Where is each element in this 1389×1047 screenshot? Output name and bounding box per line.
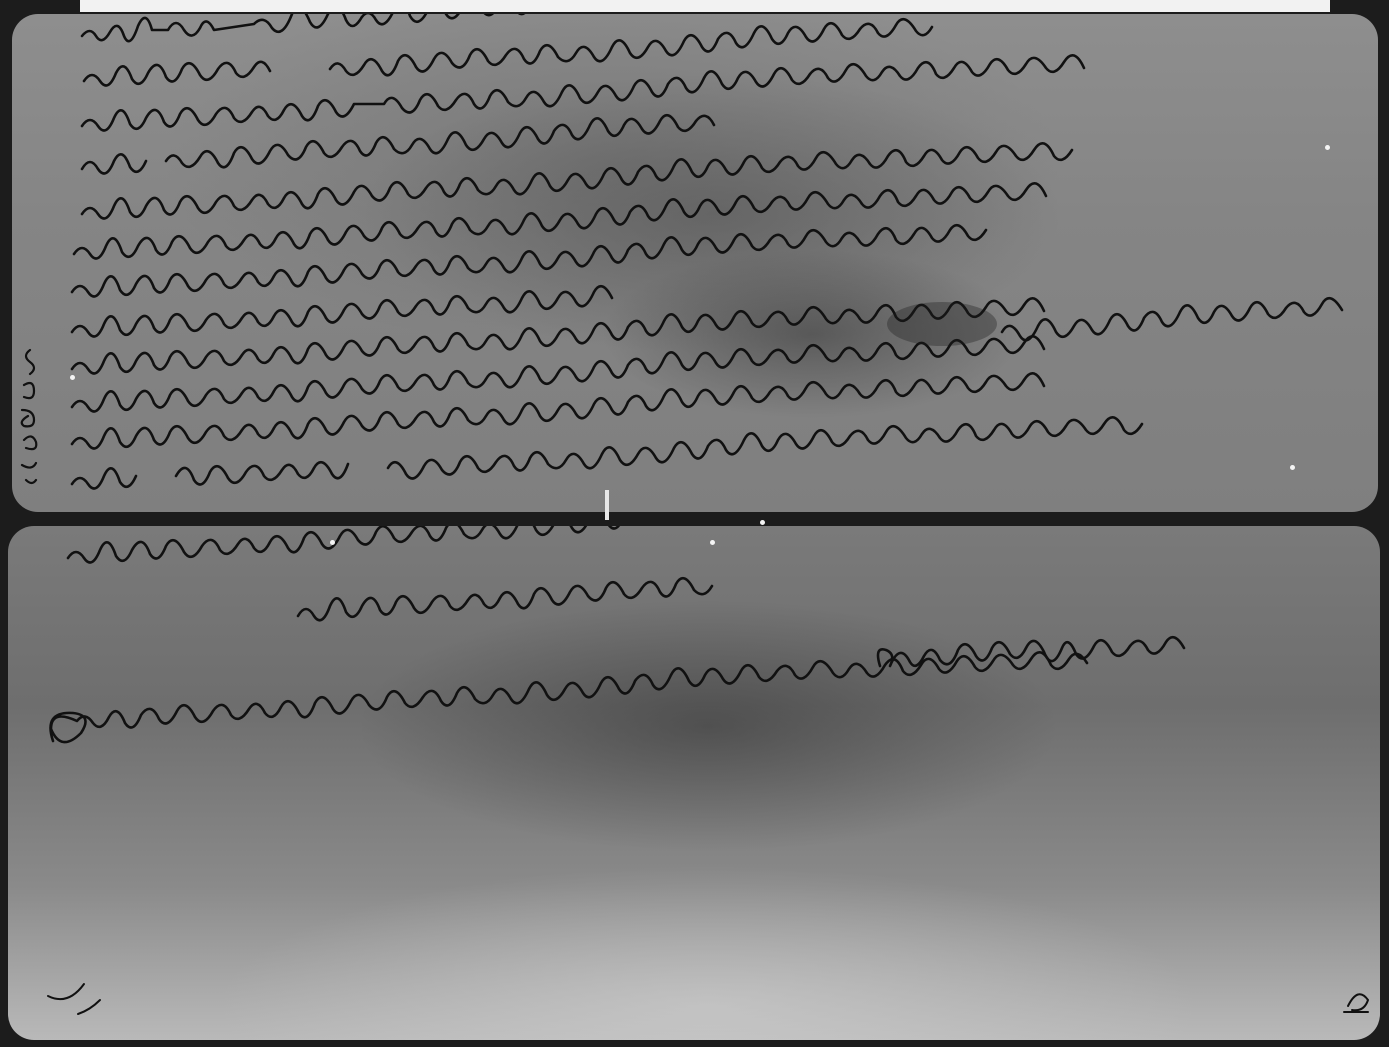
- dust-speck: [760, 520, 765, 525]
- dust-speck: [710, 540, 715, 545]
- manuscript-lower-leaf: [handwritten script line, full width] [s…: [8, 526, 1380, 1040]
- margin-annotation: [14, 345, 44, 495]
- dust-speck: [330, 540, 335, 545]
- dust-speck: [1290, 465, 1295, 470]
- dust-speck: [70, 375, 75, 380]
- dust-speck: [1325, 145, 1330, 150]
- manuscript-upper-leaf: [handwritten script line 1] [handwritten…: [12, 14, 1378, 512]
- lower-handwriting: [8, 526, 1380, 1040]
- upper-handwriting: [12, 14, 1378, 512]
- photo-top-edge: [80, 0, 1330, 12]
- fold-tear-mark: [605, 490, 609, 520]
